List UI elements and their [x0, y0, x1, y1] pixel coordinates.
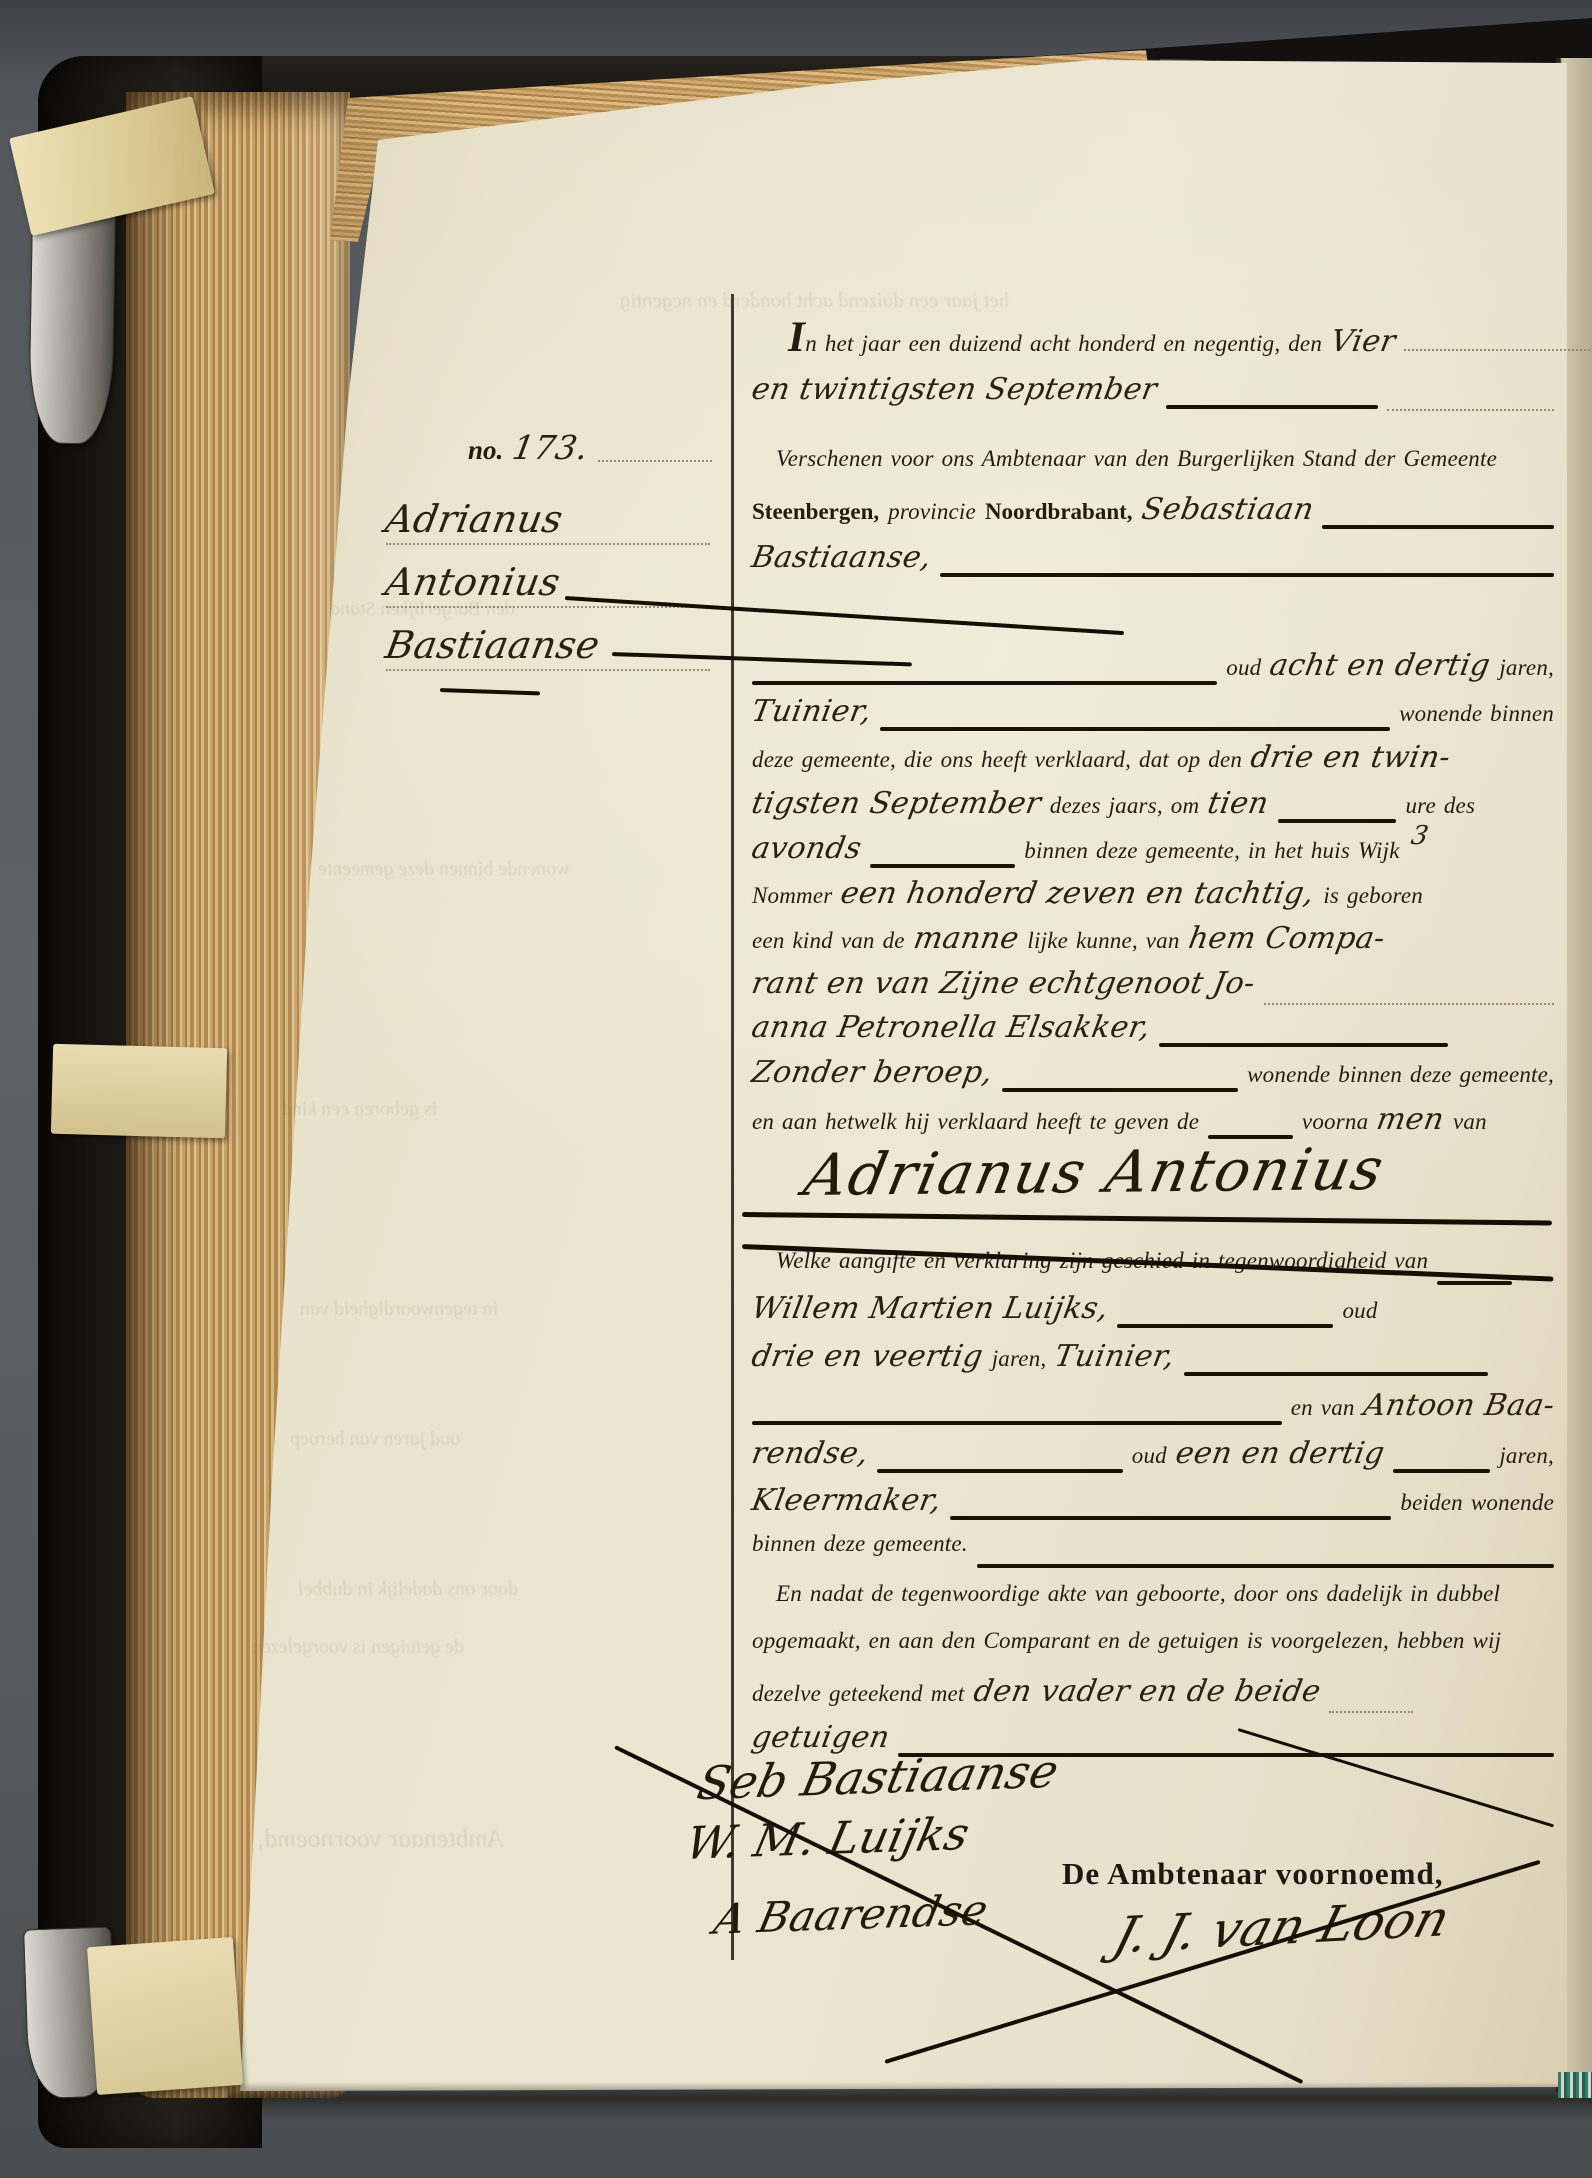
handwritten-text: acht en dertig: [1267, 648, 1493, 683]
printed-text: dezes jaars, om: [1050, 793, 1199, 819]
form-line: deze gemeente, die ons heeft verklaard, …: [752, 740, 1554, 784]
form-line: rendse,oudeen en dertigjaren,: [752, 1436, 1554, 1480]
margin-child-name: Adrianus: [386, 482, 710, 545]
form-line: Willem Martien Luijks,oud: [752, 1291, 1554, 1335]
rule-fill: [950, 1516, 1391, 1520]
margin-child-name-block: AdrianusAntoniusBastiaanse: [386, 482, 710, 671]
rule-fill: [1184, 1372, 1488, 1376]
bleed-through-text: Ambtenaar voornoemd,: [256, 1824, 505, 1854]
form-line: drie en veertigjaren,Tuinier,: [752, 1339, 1554, 1383]
handwritten-text: men: [1374, 1102, 1447, 1137]
handwritten-text: Zonder beroep,: [749, 1055, 996, 1090]
form-line: binnen deze gemeente.: [752, 1531, 1554, 1575]
handwritten-text: Bastiaanse: [382, 623, 603, 667]
handwritten-text: Kleermaker,: [749, 1483, 944, 1518]
printed-text: is geboren: [1323, 883, 1423, 909]
form-line: Steenbergen,provincieNoordbrabant,Sebast…: [752, 492, 1554, 536]
handwritten-text: een honderd zeven en tachtig,: [838, 876, 1317, 911]
handwritten-text: manne: [911, 921, 1022, 956]
rule-fill: [752, 1421, 1282, 1425]
rule-fill: [870, 864, 1015, 868]
handwritten-text: Tuinier,: [1052, 1339, 1178, 1374]
form-line: dezelve geteekend metden vader en de bei…: [752, 1674, 1554, 1718]
printed-text: oud: [1342, 1298, 1377, 1324]
handwritten-text: Sebastiaan: [1138, 492, 1316, 527]
printed-text: En nadat de tegenwoordige akte van geboo…: [776, 1581, 1500, 1607]
handwritten-text: een en dertig: [1173, 1436, 1388, 1471]
handwritten-text: Tuinier,: [749, 694, 875, 729]
bleed-through-text: door ons dadelijk in dubbel: [297, 1578, 519, 1601]
printed-text: Verschenen voor ons Ambtenaar van den Bu…: [776, 446, 1497, 472]
rule-fill: [1166, 405, 1378, 409]
bleed-through-text: in tegenwoordigheid van: [299, 1298, 500, 1321]
rule-fill: [1159, 1043, 1447, 1047]
form-line: Nommereen honderd zeven en tachtig,is ge…: [752, 876, 1554, 920]
form-line: Zonder beroep,wonende binnen deze gemeen…: [752, 1055, 1554, 1099]
form-line: En nadat de tegenwoordige akte van geboo…: [752, 1581, 1578, 1625]
printed-text: wonende binnen deze gemeente,: [1247, 1062, 1554, 1088]
printed-text: deze gemeente, die ons heeft verklaard, …: [752, 747, 1242, 773]
printed-text: voorna: [1302, 1109, 1368, 1135]
handwritten-text: drie en veertig: [749, 1339, 986, 1374]
handwritten-text: avonds: [749, 831, 864, 866]
dotted-rule: [1329, 1711, 1413, 1713]
dotted-rule: [1264, 1003, 1554, 1005]
rule-fill: [1002, 1088, 1239, 1092]
handwritten-text: drie en twin-: [1248, 740, 1453, 775]
form-line: Verschenen voor ons Ambtenaar van den Bu…: [752, 446, 1578, 490]
printed-text: dezelve geteekend met: [752, 1681, 965, 1707]
printed-text: en aan hetwelk hij verklaard heeft te ge…: [752, 1109, 1199, 1135]
child-given-names-entry: Adrianus Antonius: [799, 1135, 1391, 1209]
dotted-rule: [1387, 409, 1554, 411]
printed-text: en van: [1291, 1395, 1355, 1421]
rule-fill: [1393, 1469, 1490, 1473]
printed-text: Noordbrabant,: [985, 499, 1133, 525]
printed-text: jaren,: [1499, 655, 1554, 681]
form-line: rant en van Zijne echtgenoot Jo-: [752, 966, 1554, 1010]
printed-text: beiden wonende: [1400, 1490, 1554, 1516]
form-line: opgemaakt, en aan den Comparant en de ge…: [752, 1628, 1554, 1672]
printed-text: Steenbergen,: [752, 499, 879, 525]
scanned-register-photo: no. 173. AdrianusAntoniusBastiaanse In h…: [0, 0, 1592, 2178]
page-shadow: [228, 2082, 1592, 2120]
printed-text: binnen deze gemeente, in het huis Wijk: [1024, 838, 1399, 864]
rule-fill: [1322, 525, 1554, 529]
form-line: Bastiaanse,: [752, 540, 1554, 584]
handwritten-text: den vader en de beide: [970, 1674, 1323, 1709]
bleed-through-text: het jaar een duizend acht honderd en neg…: [619, 288, 1011, 313]
handwritten-text: tien: [1205, 786, 1271, 821]
bleed-through-text: oud jaren van beroep: [289, 1428, 462, 1451]
printed-text: een kind van de: [752, 928, 905, 954]
printed-text: lijke kunne, van: [1027, 928, 1179, 954]
form-line: anna Petronella Elsakker,: [752, 1010, 1554, 1054]
handwritten-text: Bastiaanse,: [749, 540, 934, 575]
rule-fill: [1437, 1281, 1512, 1285]
form-line: oudacht en dertigjaren,: [752, 648, 1554, 692]
dotted-rule: [1404, 349, 1590, 351]
rule-fill: [1278, 819, 1397, 823]
rule-fill: [1117, 1324, 1333, 1328]
signature: W. M. Luijks: [681, 1807, 974, 1870]
form-line: en vanAntoon Baa-: [752, 1388, 1554, 1432]
no-label: no.: [468, 435, 503, 466]
printed-text: ure des: [1405, 793, 1475, 819]
form-line: avondsbinnen deze gemeente, in het huis …: [752, 831, 1554, 875]
handwritten-text: rant en van Zijne echtgenoot Jo-: [749, 966, 1258, 1001]
form-line: een kind van demannelijke kunne, vanhem …: [752, 921, 1554, 965]
dotted-rule: [598, 460, 712, 462]
form-line: tigsten Septemberdezes jaars, omtienure …: [752, 786, 1554, 830]
printed-text: binnen deze gemeente.: [752, 1531, 968, 1557]
handwritten-text: en twintigsten September: [749, 372, 1160, 407]
book-headband: [1558, 2072, 1592, 2098]
rule-fill: [880, 727, 1390, 731]
bleed-through-text: wonende binnen deze gemeente: [317, 858, 571, 881]
official-title-label: De Ambtenaar voornoemd,: [1062, 1856, 1443, 1892]
printed-text: wonende binnen: [1399, 701, 1554, 727]
margin-record-number: no. 173.: [468, 428, 712, 467]
handwritten-text: Antoon Baa-: [1361, 1388, 1558, 1423]
rule-fill: [977, 1564, 1554, 1568]
bleed-through-text: is geboren een kind: [281, 1098, 439, 1121]
form-line: en twintigsten September: [752, 372, 1554, 416]
handwritten-text: tigsten September: [749, 786, 1044, 821]
column-rule: [731, 294, 734, 1960]
rule-fill: [877, 1469, 1123, 1473]
printed-text: oud: [1132, 1443, 1167, 1469]
printed-text: In het jaar een duizend acht honderd en …: [788, 312, 1322, 362]
form-line: Kleermaker,beiden wonende: [752, 1483, 1554, 1527]
printed-text: Nommer: [752, 883, 832, 909]
handwritten-text: Willem Martien Luijks,: [749, 1291, 1111, 1326]
vellum-tab-middle: [51, 1044, 227, 1139]
printed-text: jaren,: [992, 1346, 1047, 1372]
handwritten-text: Adrianus: [382, 497, 566, 541]
printed-text: jaren,: [1499, 1443, 1554, 1469]
printed-text: oud: [1226, 655, 1261, 681]
rule-fill: [752, 681, 1217, 685]
metal-clasp-top: [28, 205, 116, 444]
handwritten-text: Vier: [1328, 324, 1399, 359]
handwritten-text: rendse,: [749, 1436, 871, 1471]
record-number: 173.: [510, 428, 592, 467]
rule-fill: [940, 573, 1554, 577]
handwritten-text: hem Compa-: [1186, 921, 1388, 956]
printed-text: van: [1453, 1109, 1487, 1135]
form-line: In het jaar een duizend acht honderd en …: [752, 312, 1590, 356]
printed-text: provincie: [888, 499, 976, 525]
form-line: Tuinier,wonende binnen: [752, 694, 1554, 738]
signature: A Baarendse: [710, 1885, 993, 1943]
form-line: Welke aangifte en verklaring zijn geschi…: [752, 1248, 1578, 1292]
printed-text: opgemaakt, en aan den Comparant en de ge…: [752, 1628, 1501, 1654]
vellum-tab-bottom: [87, 1937, 243, 2095]
bleed-through-text: de getuigen is voorgelezen: [251, 1636, 465, 1659]
handwritten-text: anna Petronella Elsakker,: [749, 1010, 1153, 1045]
bleed-through-text: den Burgerlijken Stand: [329, 598, 516, 621]
